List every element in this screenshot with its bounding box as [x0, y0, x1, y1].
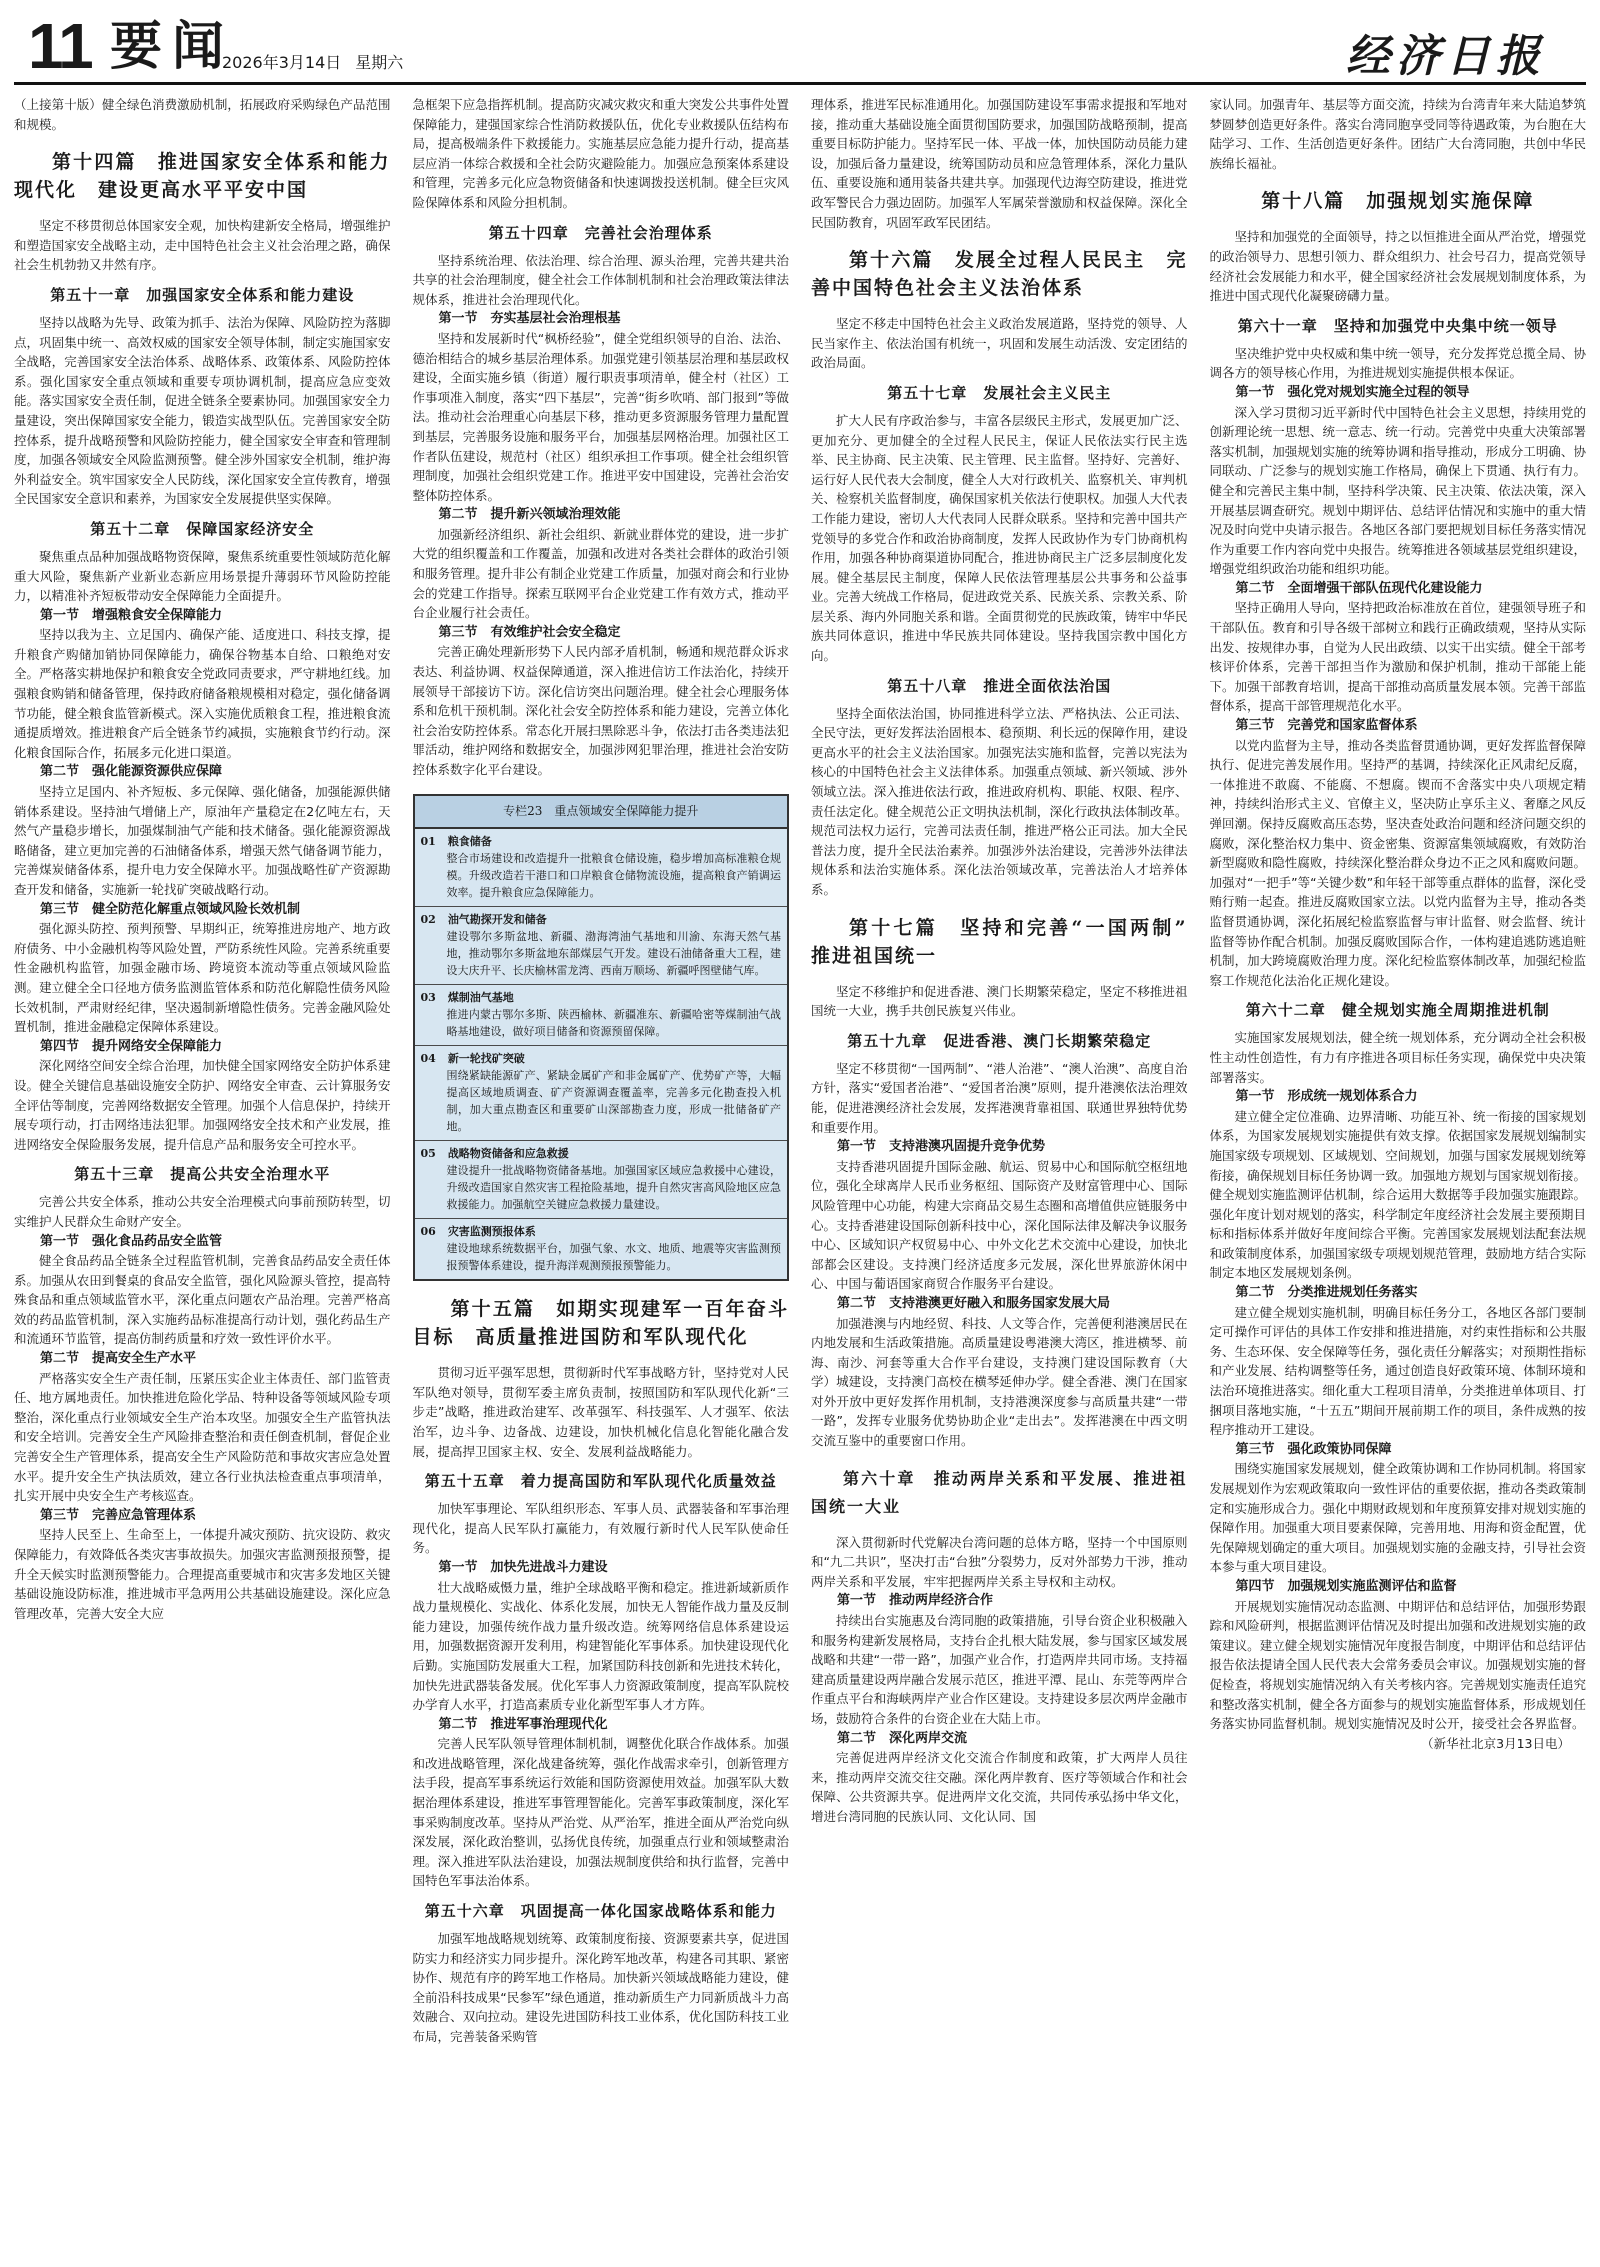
paragraph: 完善人民军队领导管理体制机制，调整优化联合作战体系。加强和改进战略管理，深化战建…: [413, 1734, 790, 1891]
chapter-title: 第六十章 推动两岸关系和平发展、推进祖国统一大业: [811, 1465, 1188, 1521]
section-title: 第二节 提高安全生产水平: [14, 1349, 391, 1369]
item-body: 围绕紧缺能源矿产、紧缺金属矿产和非金属矿产、优势矿产等，大幅提高区域地质调查、矿…: [421, 1067, 782, 1135]
paragraph: 加强新经济组织、新社会组织、新就业群体党的建设，进一步扩大党的组织覆盖和工作覆盖…: [413, 525, 790, 623]
part-title: 第十八篇 加强规划实施保障: [1210, 187, 1587, 215]
article-columns: （上接第十版）健全绿色消费激励机制，拓展政府采购绿色产品范围和规模。 第十四篇 …: [0, 85, 1600, 2255]
chapter-title: 第五十八章 推进全面依法治国: [811, 674, 1188, 698]
date-text: 2026年3月14日: [222, 53, 341, 72]
feature-box-title: 专栏23 重点领域安全保障能力提升: [415, 796, 788, 830]
section-title: 第一节 增强粮食安全保障能力: [14, 606, 391, 626]
item-number: 06: [421, 1223, 436, 1240]
paragraph: 深化网络空间安全综合治理，加快健全国家网络安全防护体系建设。健全关键信息基础设施…: [14, 1056, 391, 1154]
section-title: 第二节 提升新兴领域治理效能: [413, 505, 790, 525]
section-title: 第三节 完善党和国家监督体系: [1210, 716, 1587, 736]
column-1: （上接第十版）健全绿色消费激励机制，拓展政府采购绿色产品范围和规模。 第十四篇 …: [14, 95, 391, 2255]
section-title: 第二节 全面增强干部队伍现代化建设能力: [1210, 579, 1587, 599]
continued-text: 理体系，推进军民标准通用化。加强国防建设军事需求提报和军地对接，推动重大基础设施…: [811, 95, 1188, 232]
paragraph: 以党内监督为主导，推动各类监督贯通协调，更好发挥监督保障执行、促进完善发展作用。…: [1210, 736, 1587, 991]
section-title: 第三节 健全防范化解重点领域风险长效机制: [14, 900, 391, 920]
part-title: 第十五篇 如期实现建军一百年奋斗目标 高质量推进国防和军队现代化: [413, 1295, 790, 1351]
paragraph: 完善正确处理新形势下人民内部矛盾机制，畅通和规范群众诉求表达、利益协调、权益保障…: [413, 642, 790, 779]
item-name: 新一轮找矿突破: [448, 1050, 525, 1067]
continued-text: （上接第十版）健全绿色消费激励机制，拓展政府采购绿色产品范围和规模。: [14, 95, 391, 134]
chapter-title: 第五十六章 巩固提高一体化国家战略体系和能力: [413, 1899, 790, 1923]
section-title: 第二节 分类推进规划任务落实: [1210, 1283, 1587, 1303]
section-title: 第一节 加快先进战斗力建设: [413, 1558, 790, 1578]
paragraph: 持续出台实施惠及台湾同胞的政策措施，引导台资企业积极融入和服务构建新发展格局，支…: [811, 1611, 1188, 1729]
chapter-title: 第五十一章 加强国家安全体系和能力建设: [14, 283, 391, 307]
paragraph: 加强军地战略规划统筹、政策制度衔接、资源要素共享，促进国防实力和经济实力同步提升…: [413, 1929, 790, 2047]
item-name: 灾害监测预报体系: [448, 1223, 536, 1240]
paragraph: 坚定不移维护和促进香港、澳门长期繁荣稳定，坚定不移推进祖国统一大业，携手共创民族…: [811, 982, 1188, 1021]
item-name: 粮食储备: [448, 833, 492, 850]
news-agency-byline: （新华社北京3月13日电）: [1210, 1734, 1587, 1754]
section-title: 第一节 夯实基层社会治理根基: [413, 309, 790, 329]
item-body: 推进内蒙古鄂尔多斯、陕西榆林、新疆准东、新疆哈密等煤制油气战略基地建设，做好项目…: [421, 1006, 782, 1040]
section-title: 第三节 有效维护社会安全稳定: [413, 623, 790, 643]
chapter-title: 第六十一章 坚持和加强党中央集中统一领导: [1210, 314, 1587, 338]
chapter-title: 第六十二章 健全规划实施全周期推进机制: [1210, 998, 1587, 1022]
section-title: 第四节 提升网络安全保障能力: [14, 1037, 391, 1057]
item-body: 建设鄂尔多斯盆地、新疆、渤海湾油气基地和川渝、东海天然气基地，推动鄂尔多斯盆地东…: [421, 928, 782, 979]
section-title: 第二节 推进军事治理现代化: [413, 1715, 790, 1735]
weekday-text: 星期六: [355, 53, 403, 72]
issue-date: 2026年3月14日星期六: [222, 50, 403, 73]
item-name: 战略物资储备和应急救援: [448, 1145, 569, 1162]
section-title: 第一节 形成统一规划体系合力: [1210, 1087, 1587, 1107]
chapter-title: 第五十四章 完善社会治理体系: [413, 221, 790, 245]
item-number: 01: [421, 833, 436, 850]
column-4: 家认同。加强青年、基层等方面交流，持续为台湾青年来大陆追梦筑梦圆梦创造更好条件。…: [1210, 95, 1587, 2255]
part-title: 第十七篇 坚持和完善“一国两制” 推进祖国统一: [811, 914, 1188, 970]
feature-box-item: 03煤制油气基地 推进内蒙古鄂尔多斯、陕西榆林、新疆准东、新疆哈密等煤制油气战略…: [415, 985, 788, 1046]
item-number: 03: [421, 989, 436, 1006]
paragraph: 健全食品药品全链条全过程监管机制，完善食品药品安全责任体系。加强从农田到餐桌的食…: [14, 1251, 391, 1349]
page-number: 11: [28, 14, 92, 78]
paragraph: 开展规划实施情况动态监测、中期评估和总结评估，加强形势跟踪和风险研判，根据监测评…: [1210, 1597, 1587, 1734]
feature-box-item: 02油气勘探开发和储备 建设鄂尔多斯盆地、新疆、渤海湾油气基地和川渝、东海天然气…: [415, 907, 788, 985]
section-title: 第一节 强化食品药品安全监管: [14, 1232, 391, 1252]
paragraph: 贯彻习近平强军思想，贯彻新时代军事战略方针，坚持党对人民军队绝对领导，贯彻军委主…: [413, 1363, 790, 1461]
paragraph: 壮大战略威慑力量，维护全球战略平衡和稳定。推进新域新质作战力量规模化、实战化、体…: [413, 1578, 790, 1715]
feature-box-item: 06灾害监测预报体系 建设地球系统数据平台，加强气象、水文、地质、地震等灾害监测…: [415, 1219, 788, 1279]
chapter-title: 第五十九章 促进香港、澳门长期繁荣稳定: [811, 1029, 1188, 1053]
paragraph: 坚持以战略为先导、政策为抓手、法治为保障、风险防控为落脚点，巩固集中统一、高效权…: [14, 313, 391, 509]
item-number: 02: [421, 911, 436, 928]
item-body: 建设地球系统数据平台，加强气象、水文、地质、地震等灾害监测预报预警体系建设，提升…: [421, 1240, 782, 1274]
paragraph: 坚定不移贯彻总体国家安全观，加快构建新安全格局，增强维护和塑造国家安全战略主动，…: [14, 216, 391, 275]
part-title: 第十六篇 发展全过程人民民主 完善中国特色社会主义法治体系: [811, 246, 1188, 302]
paragraph: 实施国家发展规划法，健全统一规划体系，充分调动全社会积极性主动性创造性，有力有序…: [1210, 1028, 1587, 1087]
paragraph: 扩大人民有序政治参与，丰富各层级民主形式，发展更加广泛、更加充分、更加健全的全过…: [811, 411, 1188, 666]
column-2: 急框架下应急指挥机制。提高防灾减灾救灾和重大突发公共事件处置保障能力，建强国家综…: [413, 95, 790, 2255]
section-title: 第一节 强化党对规划实施全过程的领导: [1210, 383, 1587, 403]
item-number: 05: [421, 1145, 436, 1162]
paragraph: 支持香港巩固提升国际金融、航运、贸易中心和国际航空枢纽地位，强化全球离岸人民币业…: [811, 1157, 1188, 1294]
paragraph: 坚持和发展新时代“枫桥经验”，健全党组织领导的自治、法治、德治相结合的城乡基层治…: [413, 329, 790, 505]
paragraph: 深入贯彻新时代党解决台湾问题的总体方略，坚持一个中国原则和“九二共识”，坚决打击…: [811, 1533, 1188, 1592]
section-title: 第二节 支持港澳更好融入和服务国家发展大局: [811, 1294, 1188, 1314]
paragraph: 建立健全定位准确、边界清晰、功能互补、统一衔接的国家规划体系，为国家发展规划实施…: [1210, 1107, 1587, 1283]
newspaper-logo: 经济日报: [1346, 20, 1546, 84]
chapter-title: 第五十三章 提高公共安全治理水平: [14, 1162, 391, 1186]
paragraph: 加快军事理论、军队组织形态、军事人员、武器装备和军事治理现代化，提高人民军队打赢…: [413, 1499, 790, 1558]
chapter-title: 第五十五章 着力提高国防和军队现代化质量效益: [413, 1469, 790, 1493]
section-name: 要闻: [110, 18, 234, 76]
section-title: 第二节 深化两岸交流: [811, 1729, 1188, 1749]
section-title: 第三节 完善应急管理体系: [14, 1506, 391, 1526]
masthead: 11 要闻 2026年3月14日星期六 经济日报: [14, 0, 1586, 85]
section-title: 第四节 加强规划实施监测评估和监督: [1210, 1577, 1587, 1597]
paragraph: 坚决维护党中央权威和集中统一领导，充分发挥党总揽全局、协调各方的领导核心作用，为…: [1210, 344, 1587, 383]
continued-text: 家认同。加强青年、基层等方面交流，持续为台湾青年来大陆追梦筑梦圆梦创造更好条件。…: [1210, 95, 1587, 173]
item-number: 04: [421, 1050, 436, 1067]
feature-box-item: 05战略物资储备和应急救援 建设提升一批战略物资储备基地。加强国家区域应急救援中…: [415, 1141, 788, 1219]
paragraph: 加强港澳与内地经贸、科技、人文等合作，完善便利港澳居民在内地发展和生活政策措施。…: [811, 1314, 1188, 1451]
feature-box: 专栏23 重点领域安全保障能力提升 01粮食储备 整合市场建设和改造提升一批粮食…: [413, 794, 790, 1282]
item-body: 建设提升一批战略物资储备基地。加强国家区域应急救援中心建设，升级改造国家自然灾害…: [421, 1162, 782, 1213]
item-name: 煤制油气基地: [448, 989, 514, 1006]
paragraph: 建立健全规划实施机制，明确目标任务分工，各地区各部门要制定可操作可评估的具体工作…: [1210, 1303, 1587, 1440]
paragraph: 坚持全面依法治国，协同推进科学立法、严格执法、公正司法、全民守法，更好发挥法治固…: [811, 704, 1188, 900]
paragraph: 坚持系统治理、依法治理、综合治理、源头治理，完善共建共治共享的社会治理制度，健全…: [413, 251, 790, 310]
section-title: 第一节 支持港澳巩固提升竞争优势: [811, 1137, 1188, 1157]
section-title: 第三节 强化政策协同保障: [1210, 1440, 1587, 1460]
item-body: 整合市场建设和改造提升一批粮食仓储设施，稳步增加高标准粮仓规模。升级改造若干港口…: [421, 850, 782, 901]
paragraph: 坚持人民至上、生命至上，一体提升减灾预防、抗灾设防、救灾保障能力，有效降低各类灾…: [14, 1525, 391, 1623]
paragraph: 完善促进两岸经济文化交流合作制度和政策，扩大两岸人员往来，推动两岸交流交往交融。…: [811, 1748, 1188, 1826]
paragraph: 完善公共安全体系，推动公共安全治理模式向事前预防转型，切实维护人民群众生命财产安…: [14, 1192, 391, 1231]
section-title: 第二节 强化能源资源供应保障: [14, 762, 391, 782]
paragraph: 围绕实施国家发展规划，健全政策协调和工作协同机制。将国家发展规划作为宏观政策取向…: [1210, 1459, 1587, 1577]
paragraph: 坚持正确用人导向，坚持把政治标准放在首位，建强领导班子和干部队伍。教育和引导各级…: [1210, 598, 1587, 716]
paragraph: 坚持和加强党的全面领导，持之以恒推进全面从严治党，增强党的政治领导力、思想引领力…: [1210, 227, 1587, 305]
paragraph: 坚定不移走中国特色社会主义政治发展道路，坚持党的领导、人民当家作主、依法治国有机…: [811, 314, 1188, 373]
paragraph: 坚持以我为主、立足国内、确保产能、适度进口、科技支撑，提升粮食产购储加销协同保障…: [14, 625, 391, 762]
section-title: 第一节 推动两岸经济合作: [811, 1591, 1188, 1611]
paragraph: 坚持立足国内、补齐短板、多元保障、强化储备，加强能源供储销体系建设。坚持油气增储…: [14, 782, 391, 900]
item-name: 油气勘探开发和储备: [448, 911, 547, 928]
paragraph: 坚定不移贯彻“一国两制”、“港人治港”、“澳人治澳”、高度自治方针，落实“爱国者…: [811, 1059, 1188, 1137]
continued-text: 急框架下应急指挥机制。提高防灾减灾救灾和重大突发公共事件处置保障能力，建强国家综…: [413, 95, 790, 213]
paragraph: 强化源头防控、预判预警、早期纠正，统筹推进房地产、地方政府债务、中小金融机构等风…: [14, 919, 391, 1037]
feature-box-item: 04新一轮找矿突破 围绕紧缺能源矿产、紧缺金属矿产和非金属矿产、优势矿产等，大幅…: [415, 1046, 788, 1141]
part-title: 第十四篇 推进国家安全体系和能力现代化 建设更高水平平安中国: [14, 148, 391, 204]
paragraph: 深入学习贯彻习近平新时代中国特色社会主义思想，持续用党的创新理论统一思想、统一意…: [1210, 403, 1587, 579]
column-3: 理体系，推进军民标准通用化。加强国防建设军事需求提报和军地对接，推动重大基础设施…: [811, 95, 1188, 2255]
chapter-title: 第五十二章 保障国家经济安全: [14, 517, 391, 541]
feature-box-item: 01粮食储备 整合市场建设和改造提升一批粮食仓储设施，稳步增加高标准粮仓规模。升…: [415, 829, 788, 907]
paragraph: 严格落实安全生产责任制，压紧压实企业主体责任、部门监管责任、地方属地责任。加快推…: [14, 1369, 391, 1506]
paragraph: 聚焦重点品种加强战略物资保障，聚焦系统重要性领域防范化解重大风险，聚焦新产业新业…: [14, 547, 391, 606]
chapter-title: 第五十七章 发展社会主义民主: [811, 381, 1188, 405]
